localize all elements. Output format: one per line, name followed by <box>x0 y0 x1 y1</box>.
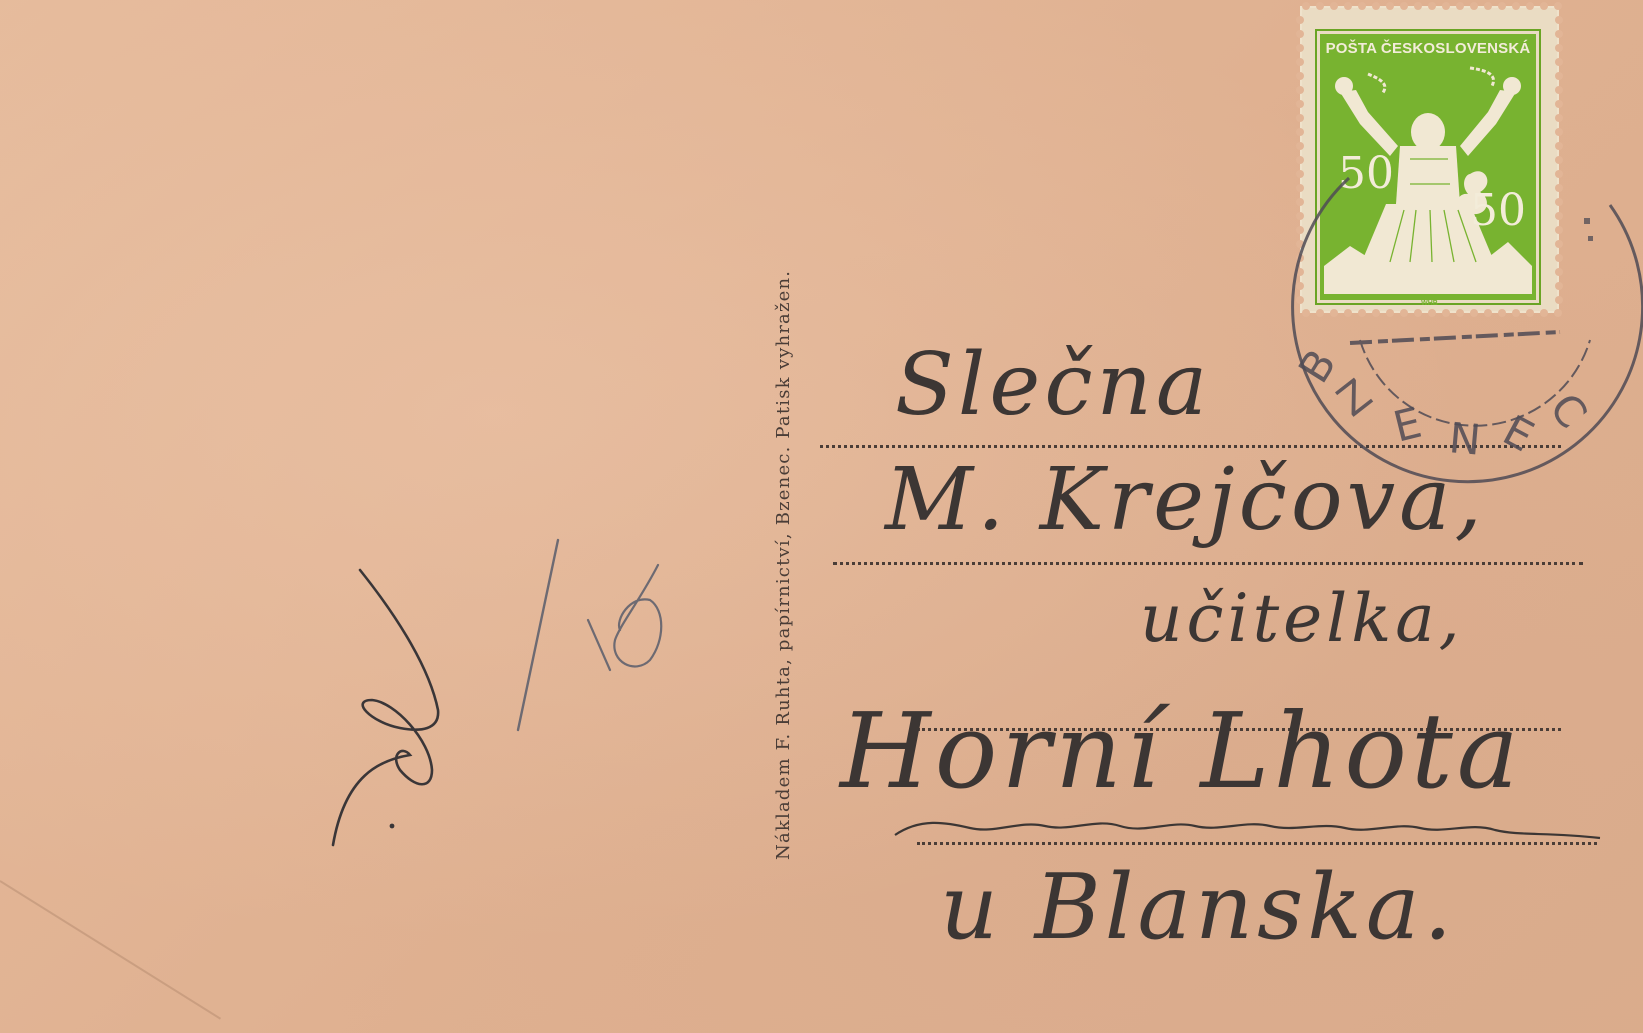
postage-stamp: POŠTA ČESKOSLOVENSKÁ 50 50 WHB <box>1302 8 1557 311</box>
stamp-engraver-imprint: WHB <box>1302 300 1557 307</box>
address-name: M. Krejčova, <box>885 450 1486 550</box>
stamp-value-left: 50 <box>1338 152 1394 196</box>
address-town: Horní Lhota <box>840 690 1523 812</box>
stamp-value-right: 50 <box>1470 189 1526 233</box>
stamp-country-text: POŠTA ČESKOSLOVENSKÁ <box>1320 40 1536 57</box>
stamp-design: POŠTA ČESKOSLOVENSKÁ 50 50 <box>1317 31 1539 303</box>
postcard-back: Nákladem F. Ruhta, papírnictví, Bzenec. … <box>0 0 1643 1033</box>
address-salutation: Slečna <box>895 335 1211 435</box>
address-district: u Blanska. <box>940 855 1456 960</box>
address-occupation: učitelka, <box>1140 580 1464 657</box>
